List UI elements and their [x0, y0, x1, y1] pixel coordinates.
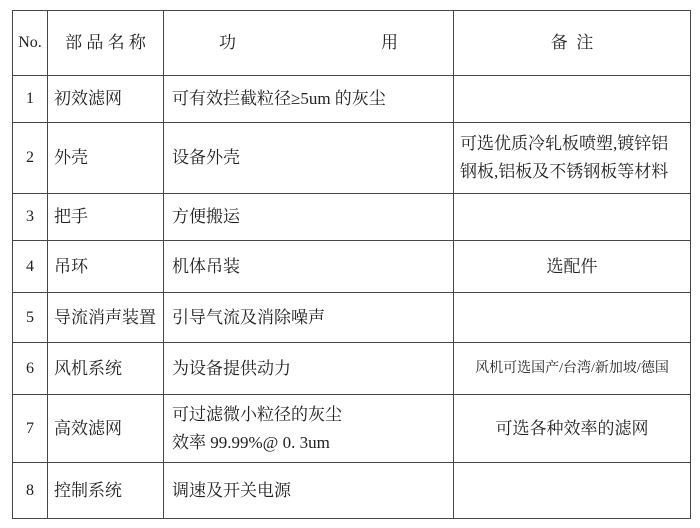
- part-name: 把手: [48, 194, 164, 241]
- row-number: 2: [13, 123, 48, 194]
- table-row: 1 初效滤网 可有效拦截粒径≥5um 的灰尘: [13, 76, 691, 123]
- remark-cell: [454, 194, 691, 241]
- remark-cell: 可选各种效率的滤网: [454, 395, 691, 463]
- header-remark: 备 注: [454, 11, 691, 76]
- remark-cell: [454, 463, 691, 519]
- part-name: 导流消声装置: [48, 293, 164, 343]
- row-number: 4: [13, 241, 48, 293]
- header-no: No.: [13, 11, 48, 76]
- function-cell: 可过滤微小粒径的灰尘 效率 99.99%@ 0. 3um: [164, 395, 454, 463]
- function-cell: 为设备提供动力: [164, 343, 454, 395]
- row-number: 3: [13, 194, 48, 241]
- table-row: 4 吊环 机体吊装 选配件: [13, 241, 691, 293]
- row-number: 1: [13, 76, 48, 123]
- table-row: 8 控制系统 调速及开关电源: [13, 463, 691, 519]
- parts-table: No. 部 品 名 称 功用 备 注 1 初效滤网 可有效拦截粒径≥5um 的灰…: [12, 10, 691, 519]
- remark-cell: 可选优质冷轧板喷塑,镀锌铝 钢板,铝板及不锈钢板等材料: [454, 123, 691, 194]
- part-name: 外壳: [48, 123, 164, 194]
- remark-cell: 风机可选国产/台湾/新加坡/德国: [454, 343, 691, 395]
- table-row: 2 外壳 设备外壳 可选优质冷轧板喷塑,镀锌铝 钢板,铝板及不锈钢板等材料: [13, 123, 691, 194]
- table-row: 5 导流消声装置 引导气流及消除噪声: [13, 293, 691, 343]
- part-name: 初效滤网: [48, 76, 164, 123]
- part-name: 高效滤网: [48, 395, 164, 463]
- header-name: 部 品 名 称: [48, 11, 164, 76]
- remark-cell: 选配件: [454, 241, 691, 293]
- function-line: 可过滤微小粒径的灰尘: [172, 401, 453, 429]
- part-name: 控制系统: [48, 463, 164, 519]
- function-line: 效率 99.99%@ 0. 3um: [172, 429, 453, 457]
- remark-cell: [454, 293, 691, 343]
- function-cell: 机体吊装: [164, 241, 454, 293]
- table-row: 6 风机系统 为设备提供动力 风机可选国产/台湾/新加坡/德国: [13, 343, 691, 395]
- row-number: 8: [13, 463, 48, 519]
- table-row: 3 把手 方便搬运: [13, 194, 691, 241]
- remark-cell: [454, 76, 691, 123]
- part-name: 风机系统: [48, 343, 164, 395]
- function-cell: 设备外壳: [164, 123, 454, 194]
- document-page: No. 部 品 名 称 功用 备 注 1 初效滤网 可有效拦截粒径≥5um 的灰…: [0, 0, 700, 528]
- function-cell: 可有效拦截粒径≥5um 的灰尘: [164, 76, 454, 123]
- row-number: 6: [13, 343, 48, 395]
- header-function: 功用: [164, 11, 454, 76]
- row-number: 5: [13, 293, 48, 343]
- part-name: 吊环: [48, 241, 164, 293]
- function-cell: 引导气流及消除噪声: [164, 293, 454, 343]
- remark-line: 钢板,铝板及不锈钢板等材料: [460, 158, 686, 186]
- row-number: 7: [13, 395, 48, 463]
- header-row: No. 部 品 名 称 功用 备 注: [13, 11, 691, 76]
- function-cell: 调速及开关电源: [164, 463, 454, 519]
- function-cell: 方便搬运: [164, 194, 454, 241]
- table-row: 7 高效滤网 可过滤微小粒径的灰尘 效率 99.99%@ 0. 3um 可选各种…: [13, 395, 691, 463]
- remark-line: 可选优质冷轧板喷塑,镀锌铝: [460, 130, 686, 158]
